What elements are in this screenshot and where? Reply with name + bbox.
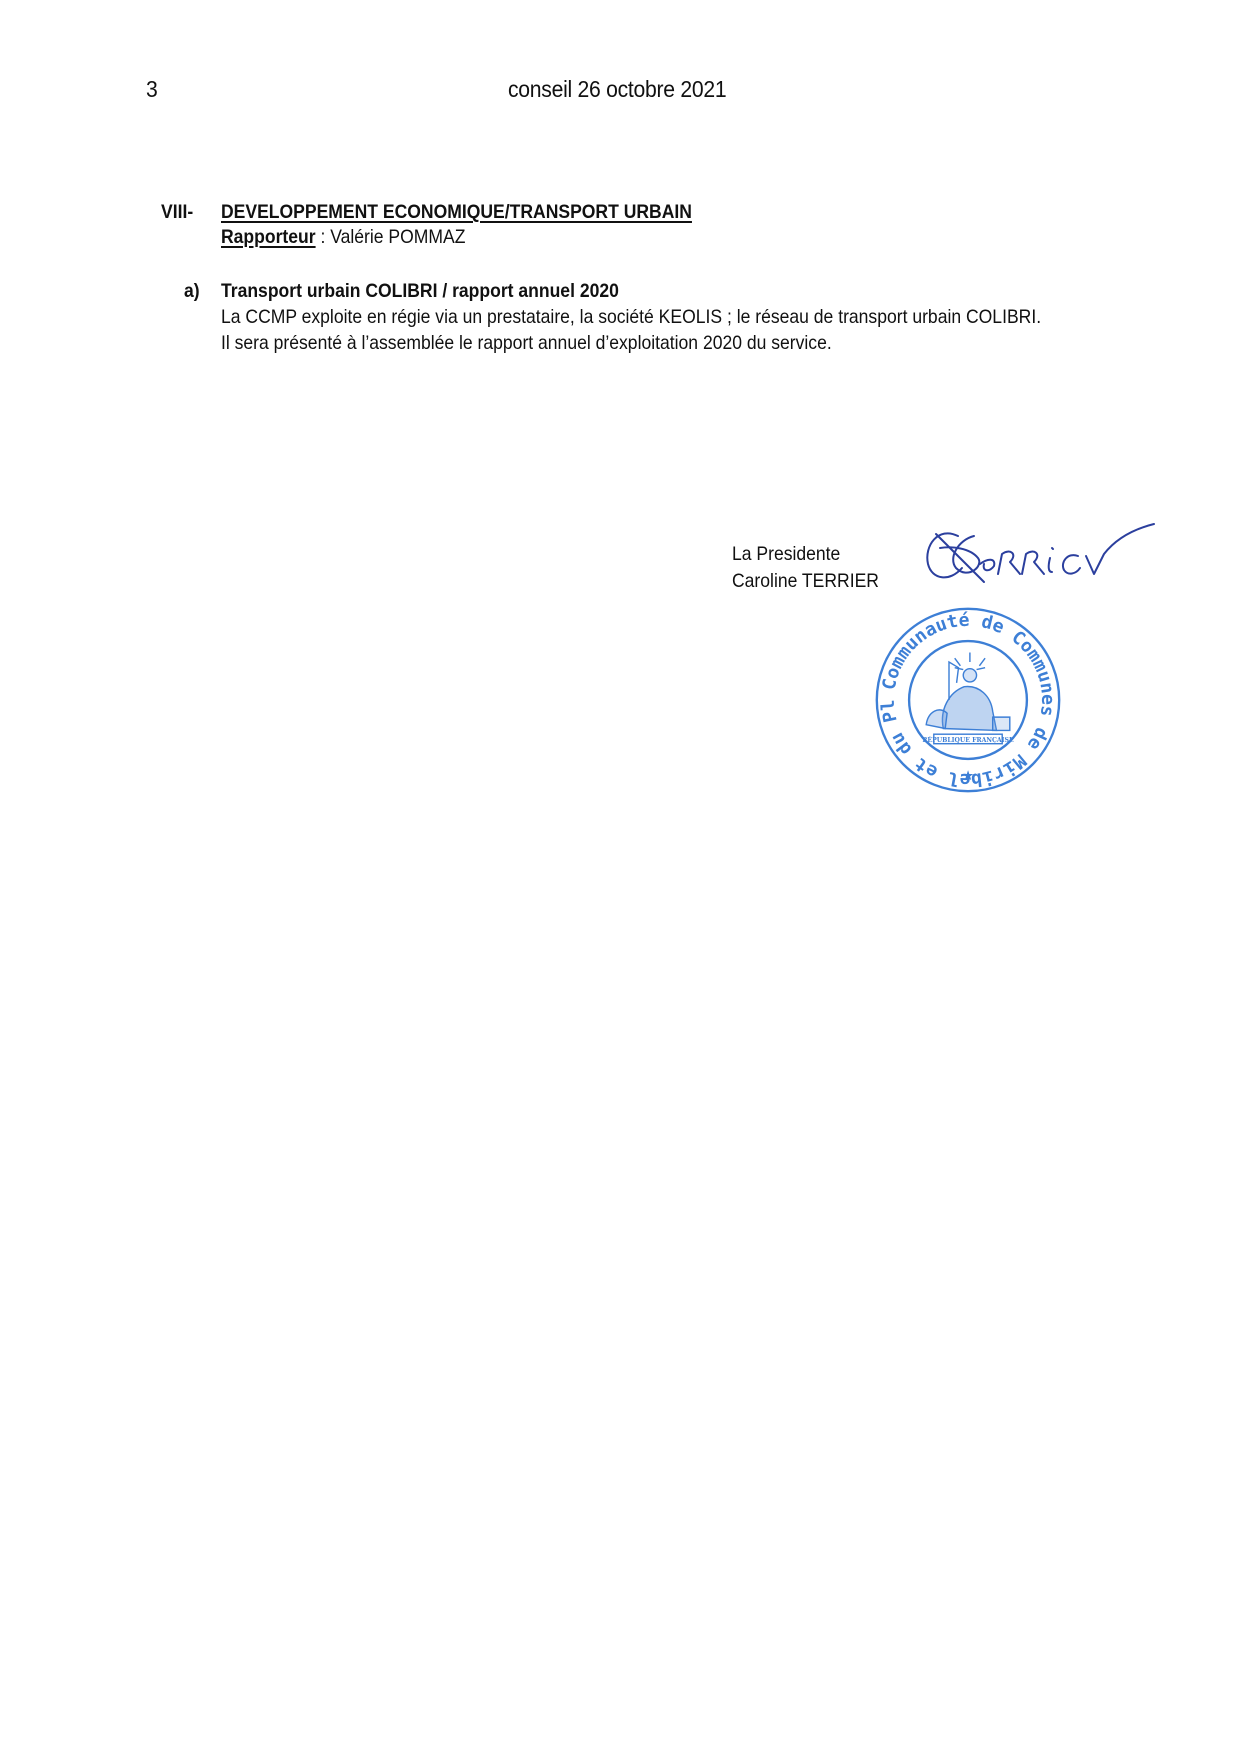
section-title: DEVELOPPEMENT ECONOMIQUE/TRANSPORT URBAI…	[221, 201, 692, 224]
star-icon: ★	[962, 768, 974, 783]
item-marker: a)	[184, 280, 200, 303]
document-title: conseil 26 octobre 2021	[508, 76, 726, 103]
rapporteur-line: Rapporteur : Valérie POMMAZ	[221, 226, 465, 249]
official-stamp: Communauté de Communes de Miribel et du …	[873, 605, 1063, 795]
item-text-line: La CCMP exploite en régie via un prestat…	[221, 306, 1041, 329]
rapporteur-separator: :	[316, 226, 331, 248]
page-number: 3	[146, 76, 158, 103]
signatory-role: La Presidente	[732, 543, 840, 566]
section-number: VIII-	[161, 201, 193, 224]
signatory-name: Caroline TERRIER	[732, 570, 879, 593]
item-text-line: Il sera présenté à l’assemblée le rappor…	[221, 332, 832, 355]
item-title: Transport urbain COLIBRI / rapport annue…	[221, 280, 619, 303]
rapporteur-name: Valérie POMMAZ	[330, 226, 465, 248]
rapporteur-label: Rapporteur	[221, 226, 316, 248]
marianne-emblem-icon	[926, 653, 1010, 744]
stamp-banner-text: RÉPUBLIQUE FRANÇAISE	[922, 736, 1014, 744]
handwritten-signature	[918, 518, 1158, 598]
